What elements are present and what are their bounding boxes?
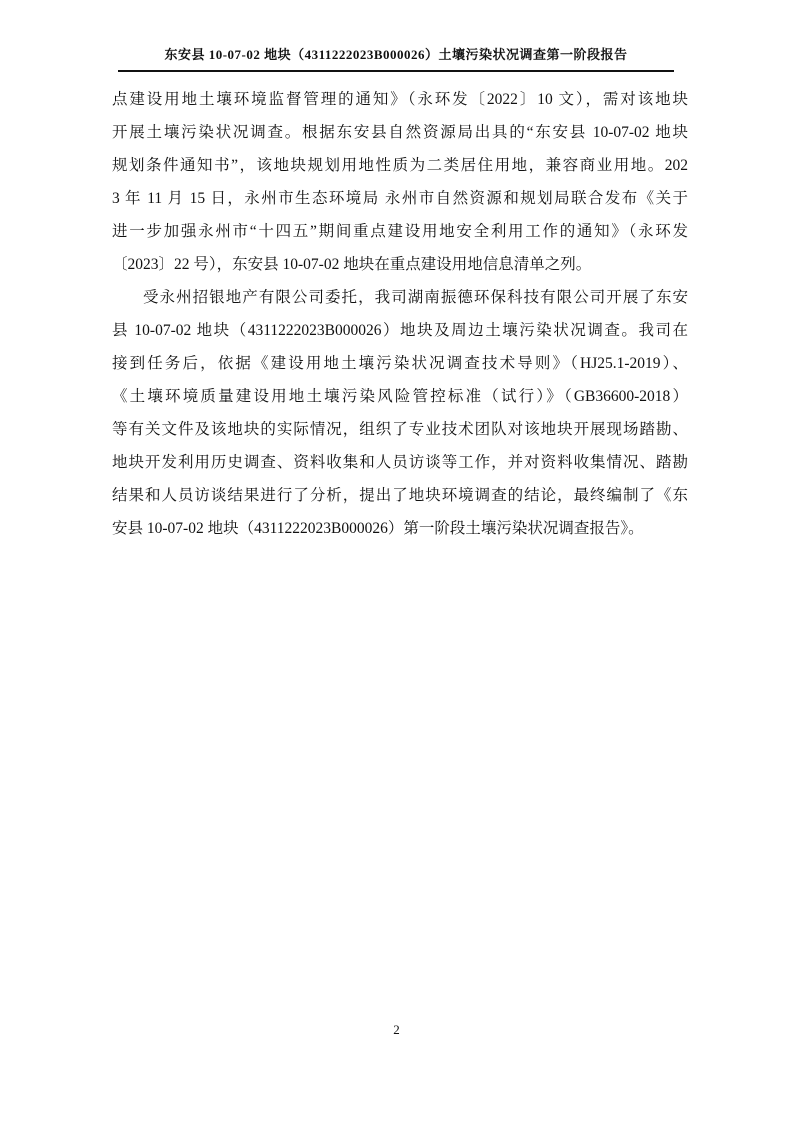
text-line: 结果和人员访谈结果进行了分析，提出了地块环境调查的结论，最终编制了《东	[112, 479, 688, 512]
document-page: 东安县 10-07-02 地块（4311222023B000026）土壤污染状况…	[0, 0, 793, 1122]
text-line: 规划条件通知书”，该地块规划用地性质为二类居住用地，兼容商业用地。202	[112, 149, 688, 182]
paragraph-2: 受永州招银地产有限公司委托，我司湖南振德环保科技有限公司开展了东安 县 10-0…	[112, 281, 688, 545]
page-number: 2	[393, 1022, 400, 1037]
text-line: 进一步加强永州市“十四五”期间重点建设用地安全利用工作的通知》（永环发	[112, 215, 688, 248]
page-header-title: 东安县 10-07-02 地块（4311222023B000026）土壤污染状况…	[118, 44, 674, 72]
document-body: 点建设用地土壤环境监督管理的通知》（永环发〔2022〕10 文），需对该地块 开…	[112, 83, 688, 545]
text-line: 《土壤环境质量建设用地土壤污染风险管控标准（试行）》（GB36600-2018）	[112, 380, 688, 413]
text-line: 地块开发利用历史调查、资料收集和人员访谈等工作，并对资料收集情况、踏勘	[112, 446, 688, 479]
text-line: 等有关文件及该地块的实际情况，组织了专业技术团队对该地块开展现场踏勘、	[112, 413, 688, 446]
text-line: 接到任务后，依据《建设用地土壤污染状况调查技术导则》（HJ25.1-2019）、	[112, 347, 688, 380]
text-line: 开展土壤污染状况调查。根据东安县自然资源局出具的“东安县 10-07-02 地块	[112, 116, 688, 149]
text-line: 3 年 11 月 15 日，永州市生态环境局 永州市自然资源和规划局联合发布《关…	[112, 182, 688, 215]
text-line: 受永州招银地产有限公司委托，我司湖南振德环保科技有限公司开展了东安	[112, 281, 688, 314]
text-line: 县 10-07-02 地块（4311222023B000026）地块及周边土壤污…	[112, 314, 688, 347]
text-line: 点建设用地土壤环境监督管理的通知》（永环发〔2022〕10 文），需对该地块	[112, 83, 688, 116]
text-line: 安县 10-07-02 地块（4311222023B000026）第一阶段土壤污…	[112, 512, 688, 545]
page-footer: 2	[0, 1022, 793, 1038]
paragraph-1: 点建设用地土壤环境监督管理的通知》（永环发〔2022〕10 文），需对该地块 开…	[112, 83, 688, 281]
text-line: 〔2023〕22 号），东安县 10-07-02 地块在重点建设用地信息清单之列…	[112, 248, 688, 281]
